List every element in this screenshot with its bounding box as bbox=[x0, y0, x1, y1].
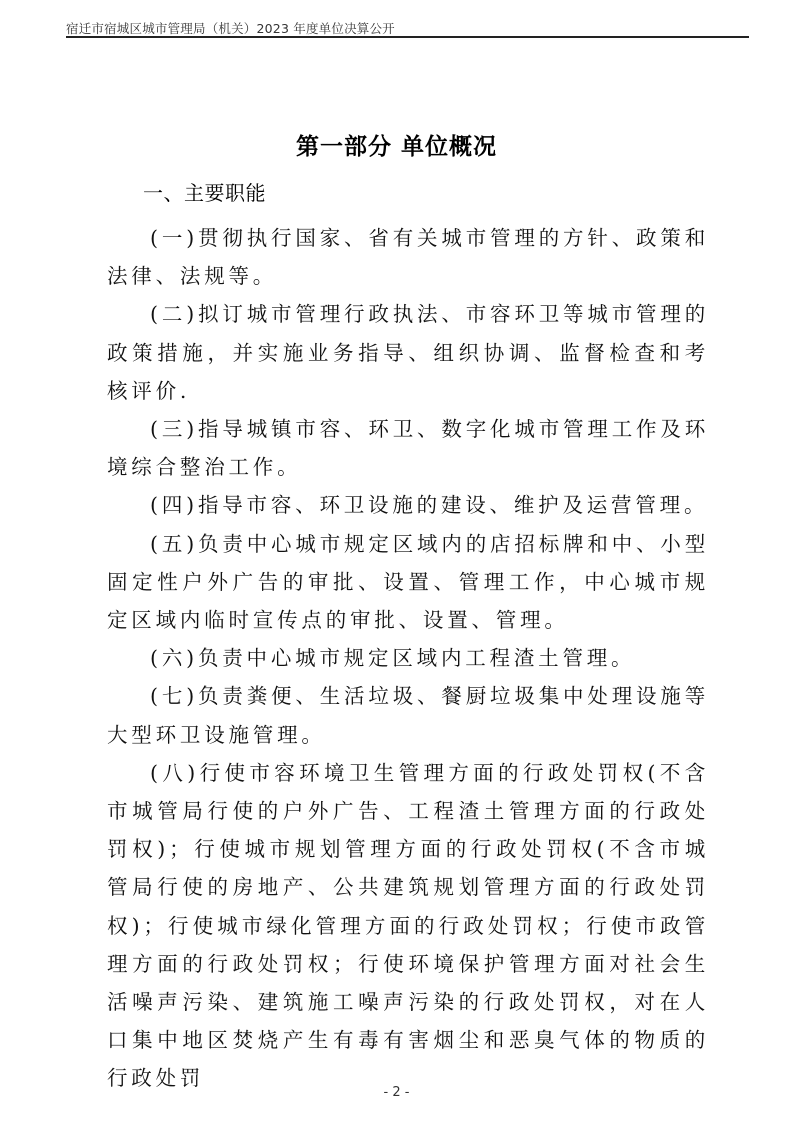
document-body: (一)贯彻执行国家、省有关城市管理的方针、政策和法律、法规等。 (二)拟订城市管… bbox=[107, 219, 709, 1098]
paragraph-2: (二)拟订城市管理行政执法、市容环卫等城市管理的政策措施，并实施业务指导、组织协… bbox=[107, 295, 709, 410]
paragraph-7: (七)负责粪便、生活垃圾、餐厨垃圾集中处理设施等大型环卫设施管理。 bbox=[107, 677, 709, 753]
paragraph-6: (六)负责中心城市规定区域内工程渣土管理。 bbox=[107, 639, 709, 677]
running-header-title: 宿迁市宿城区城市管理局（机关）2023 年度单位决算公开 bbox=[66, 19, 395, 37]
page-title: 第一部分 单位概况 bbox=[0, 128, 793, 161]
paragraph-5: (五)负责中心城市规定区域内的店招标牌和中、小型固定性户外广告的审批、设置、管理… bbox=[107, 525, 709, 640]
running-header: 宿迁市宿城区城市管理局（机关）2023 年度单位决算公开 bbox=[66, 21, 749, 38]
section-heading: 一、主要职能 bbox=[143, 177, 266, 206]
paragraph-4: (四)指导市容、环卫设施的建设、维护及运营管理。 bbox=[107, 486, 709, 524]
paragraph-3: (三)指导城镇市容、环卫、数字化城市管理工作及环境综合整治工作。 bbox=[107, 410, 709, 486]
paragraph-1: (一)贯彻执行国家、省有关城市管理的方针、政策和法律、法规等。 bbox=[107, 219, 709, 295]
paragraph-8: (八)行使市容环境卫生管理方面的行政处罚权(不含市城管局行使的户外广告、工程渣土… bbox=[107, 754, 709, 1098]
page-number: - 2 - bbox=[0, 1085, 793, 1100]
